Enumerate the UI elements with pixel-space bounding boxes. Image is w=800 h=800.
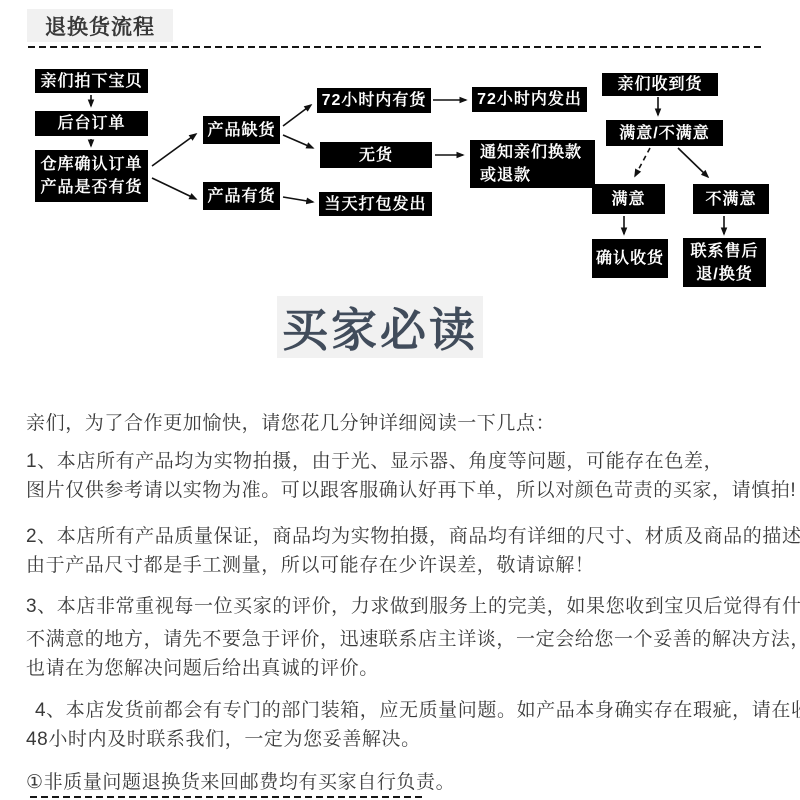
flow-box-contact-aftersales: 联系售后 退/换货 <box>683 238 766 287</box>
bottom-dashed-divider <box>30 796 423 798</box>
flow-box-order-placed: 亲们拍下宝贝 <box>35 69 148 93</box>
flow-box-in-stock: 产品有货 <box>203 182 280 210</box>
flow-box-satisfied-or-not: 满意/不满意 <box>606 120 723 146</box>
notice-line: 1、本店所有产品均为实物拍摄，由于光、显示器、角度等问题，可能存在色差， <box>26 447 796 476</box>
flow-box-unsatisfied: 不满意 <box>693 184 769 214</box>
shipping-fee-note-line: ①非质量问题退换货来回邮费均有买家自行负责。 <box>26 768 796 797</box>
flow-box-ship-same-day: 当天打包发出 <box>319 192 432 216</box>
notice-line: 由于产品尺寸都是手工测量，所以可能存在少许误差，敬请谅解！ <box>26 551 796 580</box>
flow-box-warehouse-confirm: 仓库确认订单 产品是否有货 <box>35 150 148 202</box>
flow-box-stock-in-72h: 72小时内有货 <box>317 88 431 113</box>
flow-box-confirm-receipt: 确认收货 <box>592 239 668 278</box>
notice-line: 48小时内及时联系我们，一定为您妥善解决。 <box>26 725 796 754</box>
notice-line: 图片仅供参考请以实物为准。可以跟客服确认好再下单，所以对颜色苛责的买家，请慎拍! <box>26 476 796 505</box>
notice-line: 3、本店非常重视每一位买家的评价，力求做到服务上的完美，如果您收到宝贝后觉得有什… <box>26 592 796 621</box>
notice-intro-line: 亲们，为了合作更加愉快，请您花几分钟详细阅读一下几点： <box>26 409 796 438</box>
flow-box-satisfied: 满意 <box>592 184 665 214</box>
buyer-must-read-banner: 买家必读 <box>277 296 483 358</box>
flow-box-ship-in-72h: 72小时内发出 <box>472 87 587 112</box>
flow-box-notify-exchange-refund: 通知亲们换款 或退款 <box>470 140 595 188</box>
return-exchange-flowchart: 亲们拍下宝贝 后台订单 仓库确认订单 产品是否有货 产品缺货 产品有货 72小时… <box>0 0 800 310</box>
page: { "header": { "title": "退换货流程" }, "flow"… <box>0 0 800 800</box>
buyer-notice-text: 亲们，为了合作更加愉快，请您花几分钟详细阅读一下几点： 1、本店所有产品均为实物… <box>26 409 796 797</box>
notice-line: 4、本店发货前都会有专门的部门装箱，应无质量问题。如产品本身确实存在瑕疵，请在收… <box>26 696 796 725</box>
flow-box-backend-order: 后台订单 <box>35 111 148 136</box>
flow-box-out-of-stock: 产品缺货 <box>203 116 280 144</box>
notice-line: 2、本店所有产品质量保证，商品均为实物拍摄，商品均有详细的尺寸、材质及商品的描述… <box>26 522 796 551</box>
notice-line: 也请在为您解决问题后给出真诚的评价。 <box>26 654 796 683</box>
flow-box-goods-received: 亲们收到货 <box>602 73 718 96</box>
notice-line: 不满意的地方，请先不要急于评价，迅速联系店主详谈，一定会给您一个妥善的解决方法， <box>26 625 796 654</box>
flow-box-no-stock: 无货 <box>320 142 432 168</box>
